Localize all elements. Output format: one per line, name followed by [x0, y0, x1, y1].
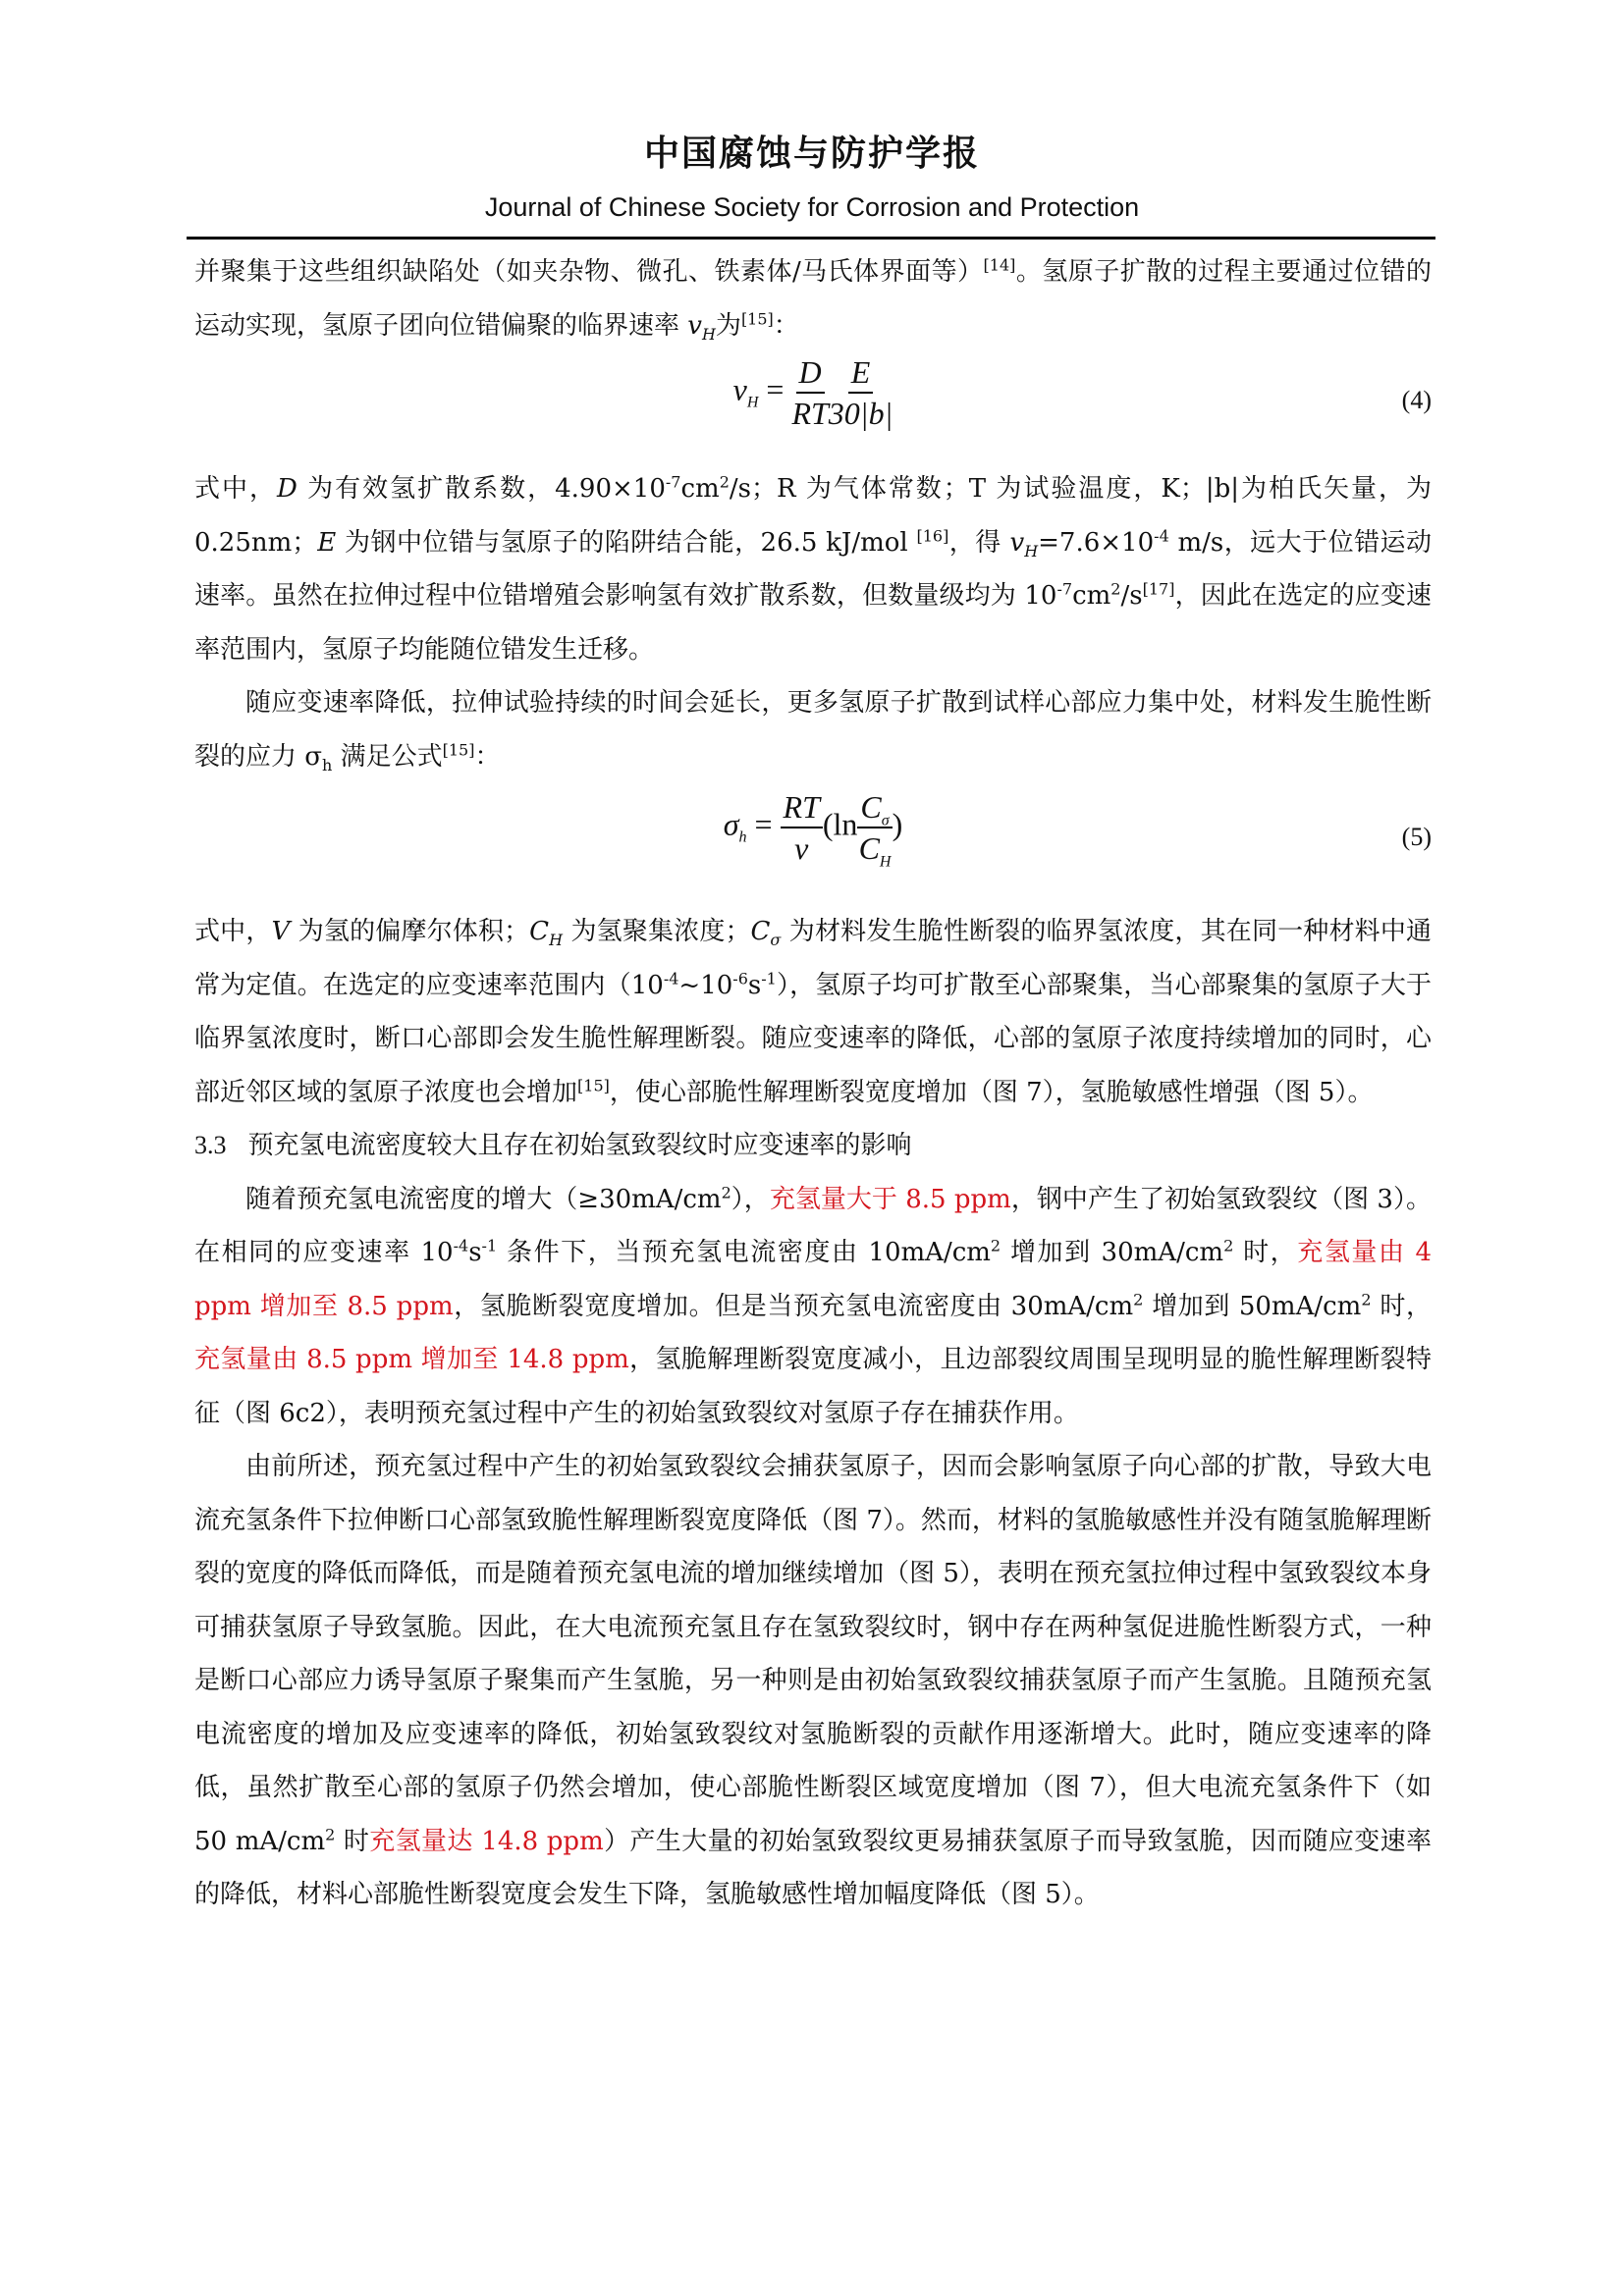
text: 式中， — [194, 474, 277, 504]
equation-5-formula: σh = RTv(lnCσCH) — [194, 787, 1432, 868]
text: 为氢的偏摩尔体积； — [290, 917, 529, 946]
text: ： — [774, 311, 799, 341]
exponent: 2 — [1361, 1290, 1371, 1308]
equation-4: vH = DRTE30|b| (4) — [194, 352, 1432, 462]
fraction: DRT — [791, 352, 828, 433]
equation-4-formula: vH = DRTE30|b| — [194, 352, 1432, 433]
section-heading-3-3: 3.3预充氢电流密度较大且存在初始氢致裂纹时应变速率的影响 — [194, 1119, 1432, 1173]
variable: C — [529, 917, 549, 946]
paragraph-6: 由前所述，预充氢过程中产生的初始氢致裂纹会捕获氢原子，因而会影响氢原子向心部的扩… — [194, 1440, 1432, 1922]
exponent: 2 — [720, 472, 730, 491]
text: ，得 — [948, 528, 1009, 558]
text: 为钢中位错与氢原子的陷阱结合能，26.5 kJ/mol — [336, 528, 916, 558]
equation-number: (4) — [1402, 386, 1432, 415]
text: 满足公式 — [332, 742, 442, 772]
denominator: CH — [859, 828, 892, 868]
section-number: 3.3 — [194, 1131, 227, 1159]
fraction: RTv — [781, 787, 823, 868]
text: s — [468, 1238, 481, 1267]
exponent: -4 — [664, 969, 679, 988]
exponent: 2 — [722, 1183, 731, 1201]
equals: = — [766, 371, 784, 406]
var-sub: σ — [882, 812, 890, 828]
exponent: -6 — [732, 969, 748, 988]
subscript: H — [702, 325, 716, 344]
exponent: -4 — [1154, 526, 1169, 545]
lhs: v — [733, 371, 747, 406]
equation-5: σh = RTv(lnCσCH) (5) — [194, 783, 1432, 905]
section-title: 预充氢电流密度较大且存在初始氢致裂纹时应变速率的影响 — [248, 1131, 912, 1160]
var: C — [859, 830, 880, 866]
exponent: 2 — [1133, 1290, 1143, 1308]
text: ）， — [731, 1185, 770, 1214]
var-sub: H — [880, 853, 892, 870]
citation: [16] — [916, 526, 948, 545]
variable: v — [687, 311, 702, 341]
highlighted-text: 充氢量大于 8.5 ppm — [770, 1185, 1011, 1214]
text: 时 — [335, 1827, 369, 1856]
fraction: E30|b| — [829, 352, 893, 433]
text: s — [748, 971, 761, 1000]
lhs: σ — [724, 806, 739, 841]
text: 增加到 30mA/cm — [1001, 1238, 1223, 1267]
text: cm — [1072, 581, 1110, 611]
text: 式中， — [194, 917, 272, 946]
variable: C — [751, 917, 771, 946]
text: 时， — [1233, 1238, 1297, 1267]
variable-sub: H — [1024, 542, 1038, 561]
paragraph-2: 式中，D 为有效氢扩散系数，4.90×10-7cm2/s；R 为气体常数；T 为… — [194, 462, 1432, 676]
exponent: -1 — [761, 969, 777, 988]
denominator: 30|b| — [829, 394, 893, 433]
journal-title-en: Journal of Chinese Society for Corrosion… — [0, 192, 1624, 223]
citation: [17] — [1143, 579, 1175, 598]
variable-sub: H — [549, 931, 563, 949]
paragraph-1: 并聚集于这些组织缺陷处（如夹杂物、微孔、铁素体/马氏体界面等）[14]。氢原子扩… — [194, 245, 1432, 352]
text: 为有效氢扩散系数，4.90×10 — [298, 474, 666, 504]
denominator: v — [794, 828, 808, 868]
citation: [15] — [741, 309, 774, 328]
text: 由前所述，预充氢过程中产生的初始氢致裂纹会捕获氢原子，因而会影响氢原子向心部的扩… — [194, 1452, 1432, 1856]
numerator: D — [796, 352, 825, 394]
exponent: 2 — [1110, 579, 1120, 598]
equals: = — [754, 806, 772, 841]
exponent: -7 — [666, 472, 681, 491]
variable: v — [1009, 528, 1024, 558]
paren: ) — [893, 806, 903, 841]
subscript: h — [322, 756, 332, 774]
article-body: 并聚集于这些组织缺陷处（如夹杂物、微孔、铁素体/马氏体界面等）[14]。氢原子扩… — [194, 245, 1432, 1922]
numerator: E — [848, 352, 874, 394]
paragraph-5: 随着预充氢电流密度的增大（≥30mA/cm2），充氢量大于 8.5 ppm，钢中… — [194, 1173, 1432, 1441]
text: ~10 — [678, 971, 732, 1000]
var: C — [860, 789, 881, 825]
text: 随着预充氢电流密度的增大（≥30mA/cm — [245, 1185, 722, 1214]
variable-sub: σ — [770, 931, 781, 949]
text: =7.6×10 — [1038, 528, 1154, 558]
text: 时， — [1372, 1292, 1432, 1321]
ln: (ln — [823, 806, 858, 841]
text: 为 — [716, 311, 741, 341]
lhs-sub: h — [738, 829, 746, 846]
exponent: -7 — [1056, 579, 1072, 598]
exponent: 2 — [991, 1236, 1001, 1255]
journal-title-zh: 中国腐蚀与防护学报 — [0, 126, 1624, 176]
text: ： — [474, 742, 500, 772]
text: 并聚集于这些组织缺陷处（如夹杂物、微孔、铁素体/马氏体界面等） — [194, 257, 984, 287]
equation-number: (5) — [1402, 823, 1432, 852]
text: cm — [680, 474, 719, 504]
lhs-sub: H — [747, 395, 759, 411]
variable: D — [277, 474, 298, 504]
text: 条件下，当预充氢电流密度由 10mA/cm — [497, 1238, 991, 1267]
citation: [14] — [984, 255, 1016, 274]
citation: [15] — [577, 1076, 610, 1095]
variable: E — [317, 528, 336, 558]
exponent: -1 — [482, 1236, 498, 1255]
exponent: 2 — [325, 1825, 335, 1843]
highlighted-text: 充氢量由 8.5 ppm 增加至 14.8 ppm — [194, 1345, 629, 1374]
text: /s — [1120, 581, 1142, 611]
citation: [15] — [443, 740, 475, 759]
exponent: -4 — [454, 1236, 469, 1255]
highlighted-text: 充氢量达 14.8 ppm — [369, 1827, 603, 1856]
paragraph-3: 随应变速率降低，拉伸试验持续的时间会延长，更多氢原子扩散到试样心部应力集中处，材… — [194, 676, 1432, 783]
header-divider — [187, 237, 1435, 240]
text: 增加到 50mA/cm — [1143, 1292, 1361, 1321]
text: ，氢脆断裂宽度增加。但是当预充氢电流密度由 30mA/cm — [454, 1292, 1134, 1321]
paragraph-4: 式中，V 为氢的偏摩尔体积；CH 为氢聚集浓度；Cσ 为材料发生脆性断裂的临界氢… — [194, 905, 1432, 1119]
numerator: RT — [781, 787, 823, 828]
fraction: CσCH — [857, 787, 892, 868]
text: ，使心部脆性解理断裂宽度增加（图 7），氢脆敏感性增强（图 5）。 — [610, 1078, 1374, 1107]
numerator: Cσ — [857, 787, 892, 828]
exponent: 2 — [1223, 1236, 1233, 1255]
text: 为氢聚集浓度； — [563, 917, 751, 946]
denominator: RT — [791, 394, 828, 433]
variable-sub: H — [702, 325, 716, 344]
variable: V — [272, 917, 291, 946]
